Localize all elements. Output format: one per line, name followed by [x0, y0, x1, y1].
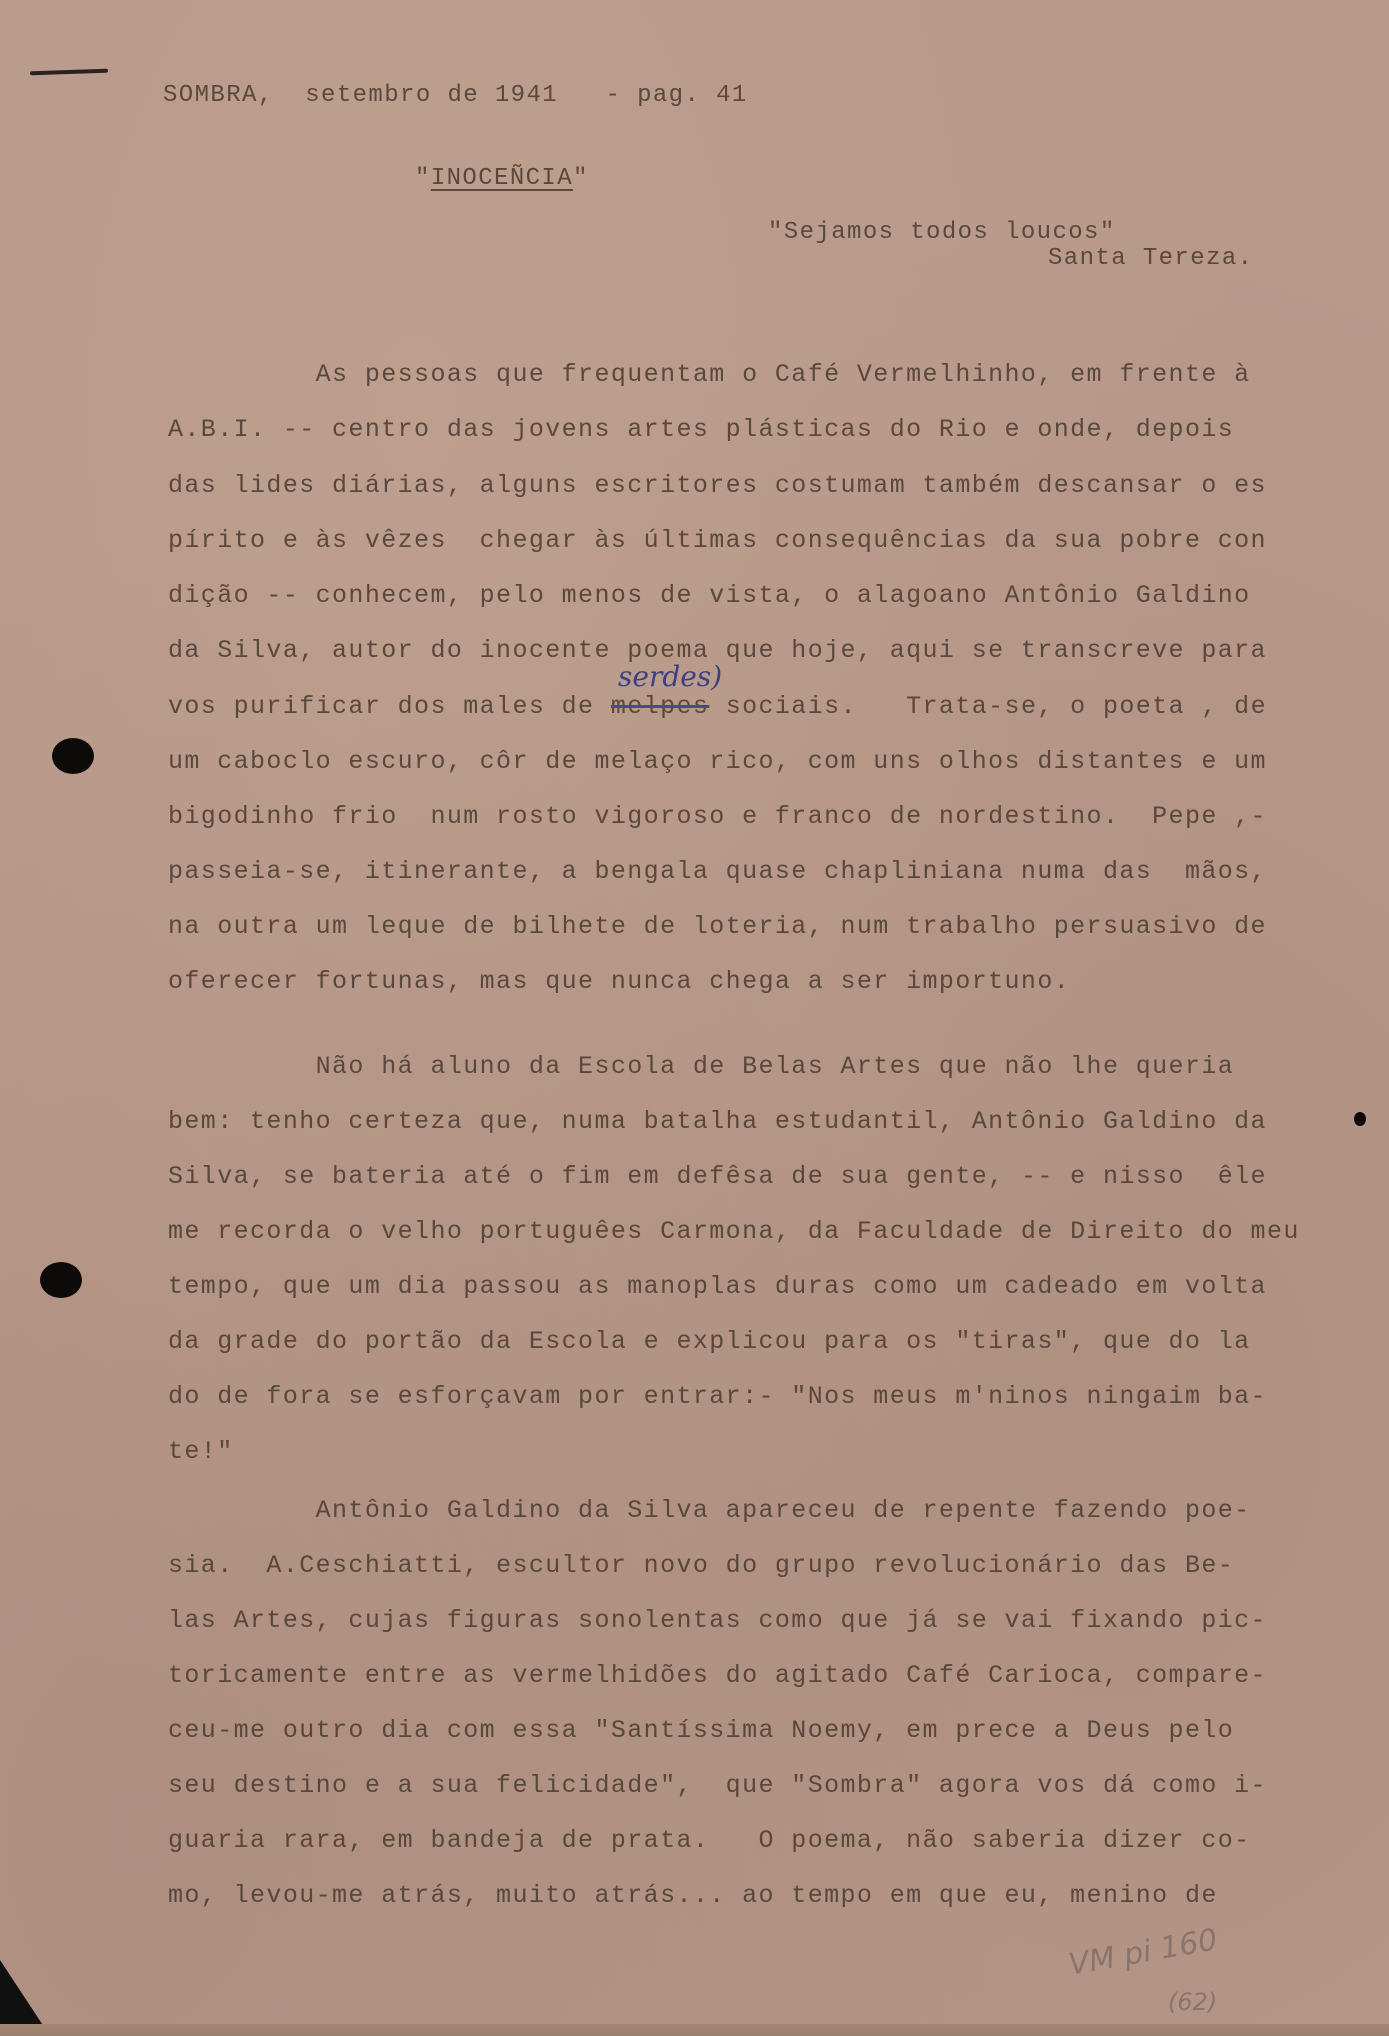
struck-word: melpes — [611, 692, 709, 721]
body-line-22: sia. A.Ceschiatti, escultor novo do grup… — [168, 1551, 1234, 1580]
body-line-13: Não há aluno da Escola de Belas Artes qu… — [168, 1052, 1234, 1081]
body-line-1: As pessoas que frequentam o Café Vermelh… — [168, 360, 1251, 389]
punch-hole-lower — [40, 1262, 82, 1298]
document-header: SOMBRA, setembro de 1941 - pag. 41 — [163, 82, 748, 109]
body-line-2: A.B.I. -- centro das jovens artes plásti… — [168, 415, 1234, 444]
body-line-17: tempo, que um dia passou as manoplas dur… — [168, 1272, 1267, 1301]
body-line-4: pírito e às vêzes chegar às últimas cons… — [168, 526, 1267, 555]
body-line-15: Silva, se bateria até o fim em defêsa de… — [168, 1162, 1267, 1191]
epigraph-source: Santa Tereza. — [1048, 245, 1253, 272]
body-line-27: guaria rara, em bandeja de prata. O poem… — [168, 1826, 1251, 1855]
document-title: "INOCEÑCIA" — [415, 165, 589, 192]
pencil-catalog-sub: (62) — [1168, 1988, 1217, 2016]
body-line-8: um caboclo escuro, côr de melaço rico, c… — [168, 747, 1267, 776]
document-title-text: INOCEÑCIA — [431, 165, 573, 192]
body-line-19: do de fora se esforçavam por entrar:- "N… — [168, 1382, 1267, 1411]
body-line-9: bigodinho frio num rosto vigoroso e fran… — [168, 802, 1267, 831]
body-line-16: me recorda o velho portuguêes Carmona, d… — [168, 1217, 1300, 1246]
body-line-12: oferecer fortunas, mas que nunca chega a… — [168, 967, 1070, 996]
body-line-3: das lides diárias, alguns escritores cos… — [168, 471, 1267, 500]
body-line-10: passeia-se, itinerante, a bengala quase … — [168, 857, 1267, 886]
body-line-11: na outra um leque de bilhete de loteria,… — [168, 912, 1267, 941]
body-line-26: seu destino e a sua felicidade", que "So… — [168, 1771, 1267, 1800]
body-line-24: toricamente entre as vermelhidões do agi… — [168, 1661, 1267, 1690]
ink-dot — [1354, 1112, 1366, 1126]
body-line-18: da grade do portão da Escola e explicou … — [168, 1327, 1251, 1356]
body-line-28: mo, levou-me atrás, muito atrás... ao te… — [168, 1881, 1218, 1910]
body-line-7: vos purificar dos males de melpes sociai… — [168, 692, 1267, 721]
body-line-21: Antônio Galdino da Silva apareceu de rep… — [168, 1496, 1251, 1525]
body-line-23: las Artes, cujas figuras sonolentas como… — [168, 1606, 1267, 1635]
body-line-5: dição -- conhecem, pelo menos de vista, … — [168, 581, 1251, 610]
body-line-7-end: sociais. Trata-se, o poeta , de — [709, 692, 1267, 721]
page-bottom-edge — [0, 2024, 1389, 2036]
handwritten-correction: serdes) — [618, 660, 722, 693]
punch-hole-upper — [52, 738, 94, 774]
epigraph-quote: "Sejamos todos loucos" — [768, 219, 1116, 246]
body-line-7-start: vos purificar dos males de — [168, 692, 611, 721]
body-line-14: bem: tenho certeza que, numa batalha est… — [168, 1107, 1267, 1136]
body-line-25: ceu-me outro dia com essa "Santíssima No… — [168, 1716, 1234, 1745]
body-line-20: te!" — [168, 1437, 234, 1466]
